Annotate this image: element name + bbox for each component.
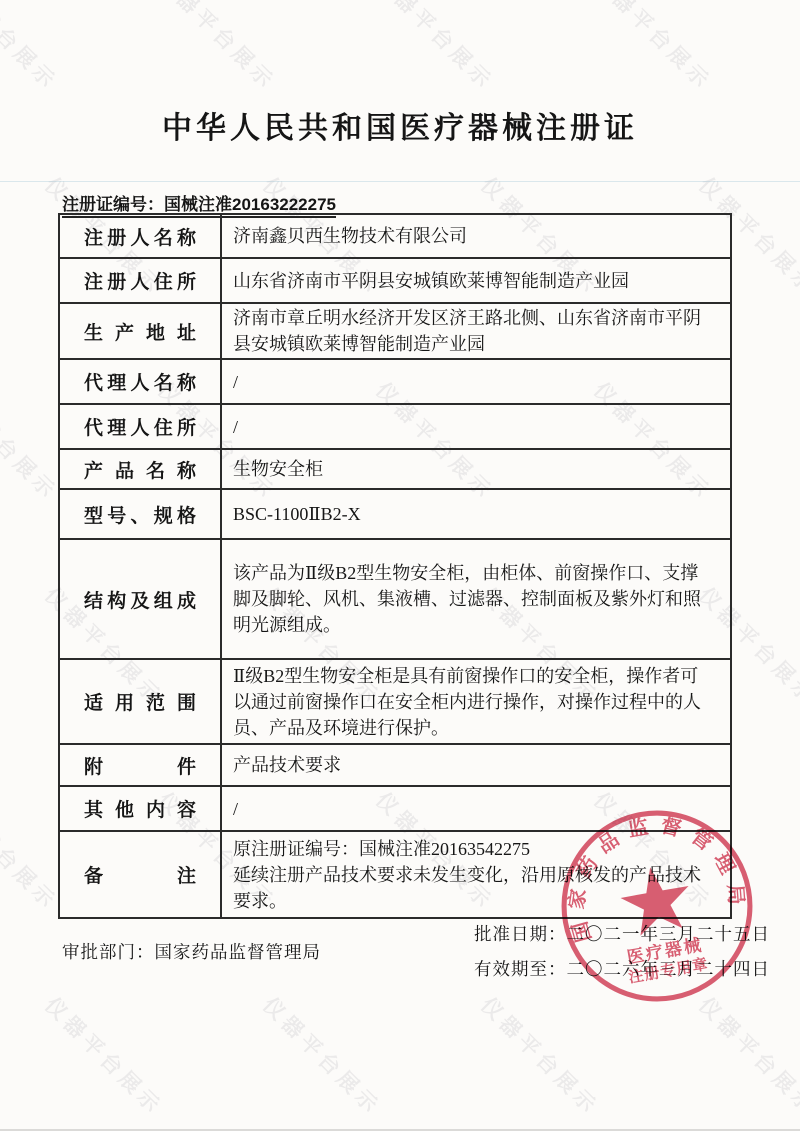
watermark-text: 仪器平台展示 xyxy=(152,0,284,97)
valid-until-label: 有效期至： xyxy=(474,959,567,979)
row-value: 该产品为Ⅱ级B2型生物安全柜，由柜体、前窗操作口、支撑脚及脚轮、风机、集液槽、过… xyxy=(222,540,730,658)
watermark-text: 仪器平台展示 xyxy=(257,990,389,1122)
row-label: 备注 xyxy=(60,832,222,917)
table-row-other-content: 其他内容 / xyxy=(60,787,730,832)
row-value: 济南鑫贝西生物技术有限公司 xyxy=(222,215,730,257)
certificate-page: 仪器平台展示仪器平台展示仪器平台展示仪器平台展示仪器平台展示仪器平台展示仪器平台… xyxy=(0,0,800,1131)
table-row-agent-name: 代理人名称 / xyxy=(60,360,730,405)
table-row-structure-composition: 结构及组成 该产品为Ⅱ级B2型生物安全柜，由柜体、前窗操作口、支撑脚及脚轮、风机… xyxy=(60,540,730,660)
approval-department-label: 审批部门： xyxy=(62,942,155,962)
table-row-attachment: 附件 产品技术要求 xyxy=(60,745,730,787)
row-label: 型号、规格 xyxy=(60,490,222,538)
row-label: 注册人住所 xyxy=(60,259,222,302)
row-value: 生物安全柜 xyxy=(222,450,730,488)
approval-department-line: 审批部门：国家药品监督管理局 xyxy=(62,939,321,964)
row-label: 其他内容 xyxy=(60,787,222,830)
table-row-registrant-address: 注册人住所 山东省济南市平阴县安城镇欧莱博智能制造产业园 xyxy=(60,259,730,304)
row-value: / xyxy=(222,360,730,403)
watermark-text: 仪器平台展示 xyxy=(39,990,171,1122)
approval-date-value: 二〇二一年三月二十五日 xyxy=(567,924,771,944)
row-value: 原注册证编号：国械注准20163542275 延续注册产品技术要求未发生变化，沿… xyxy=(222,832,730,917)
certificate-table: 注册人名称 济南鑫贝西生物技术有限公司 注册人住所 山东省济南市平阴县安城镇欧莱… xyxy=(58,213,732,919)
row-value: BSC-1100ⅡB2-X xyxy=(222,490,730,538)
table-row-production-address: 生产地址 济南市章丘明水经济开发区济王路北侧、山东省济南市平阴县安城镇欧莱博智能… xyxy=(60,304,730,360)
table-row-agent-address: 代理人住所 / xyxy=(60,405,730,450)
table-row-intended-use: 适用范围 Ⅱ级B2型生物安全柜是具有前窗操作口的安全柜，操作者可以通过前窗操作口… xyxy=(60,660,730,745)
table-row-registrant-name: 注册人名称 济南鑫贝西生物技术有限公司 xyxy=(60,215,730,259)
watermark-text: 仪器平台展示 xyxy=(475,990,607,1122)
approval-department-value: 国家药品监督管理局 xyxy=(155,942,322,962)
certificate-number-label: 注册证编号： xyxy=(62,195,164,214)
valid-until-value: 二〇二六年三月二十四日 xyxy=(567,959,771,979)
table-row-model-spec: 型号、规格 BSC-1100ⅡB2-X xyxy=(60,490,730,540)
watermark-text: 仪器平台展示 xyxy=(0,375,65,507)
watermark-text: 仪器平台展示 xyxy=(370,0,502,97)
watermark-text: 仪器平台展示 xyxy=(0,785,65,917)
row-label: 生产地址 xyxy=(60,304,222,358)
watermark-text: 仪器平台展示 xyxy=(588,0,720,97)
scan-artifact-line xyxy=(0,181,800,182)
table-row-remarks: 备注 原注册证编号：国械注准20163542275 延续注册产品技术要求未发生变… xyxy=(60,832,730,917)
valid-until-line: 有效期至：二〇二六年三月二十四日 xyxy=(474,956,770,981)
certificate-title: 中华人民共和国医疗器械注册证 xyxy=(0,103,800,147)
row-value: 山东省济南市平阴县安城镇欧莱博智能制造产业园 xyxy=(222,259,730,302)
certificate-number-value: 国械注准20163222275 xyxy=(164,195,336,214)
row-label: 适用范围 xyxy=(60,660,222,743)
row-value: / xyxy=(222,405,730,448)
row-value: 济南市章丘明水经济开发区济王路北侧、山东省济南市平阴县安城镇欧莱博智能制造产业园 xyxy=(222,304,730,358)
table-row-product-name: 产品名称 生物安全柜 xyxy=(60,450,730,490)
row-label: 产品名称 xyxy=(60,450,222,488)
watermark-text: 仪器平台展示 xyxy=(693,990,800,1122)
row-label: 代理人住所 xyxy=(60,405,222,448)
watermark-text: 仪器平台展示 xyxy=(0,0,65,97)
row-label: 代理人名称 xyxy=(60,360,222,403)
approval-date-label: 批准日期： xyxy=(474,924,567,944)
row-value: Ⅱ级B2型生物安全柜是具有前窗操作口的安全柜，操作者可以通过前窗操作口在安全柜内… xyxy=(222,660,730,743)
row-label: 结构及组成 xyxy=(60,540,222,658)
row-label: 注册人名称 xyxy=(60,215,222,257)
row-value: / xyxy=(222,787,730,830)
approval-date-line: 批准日期：二〇二一年三月二十五日 xyxy=(474,921,770,946)
row-label: 附件 xyxy=(60,745,222,785)
row-value: 产品技术要求 xyxy=(222,745,730,785)
